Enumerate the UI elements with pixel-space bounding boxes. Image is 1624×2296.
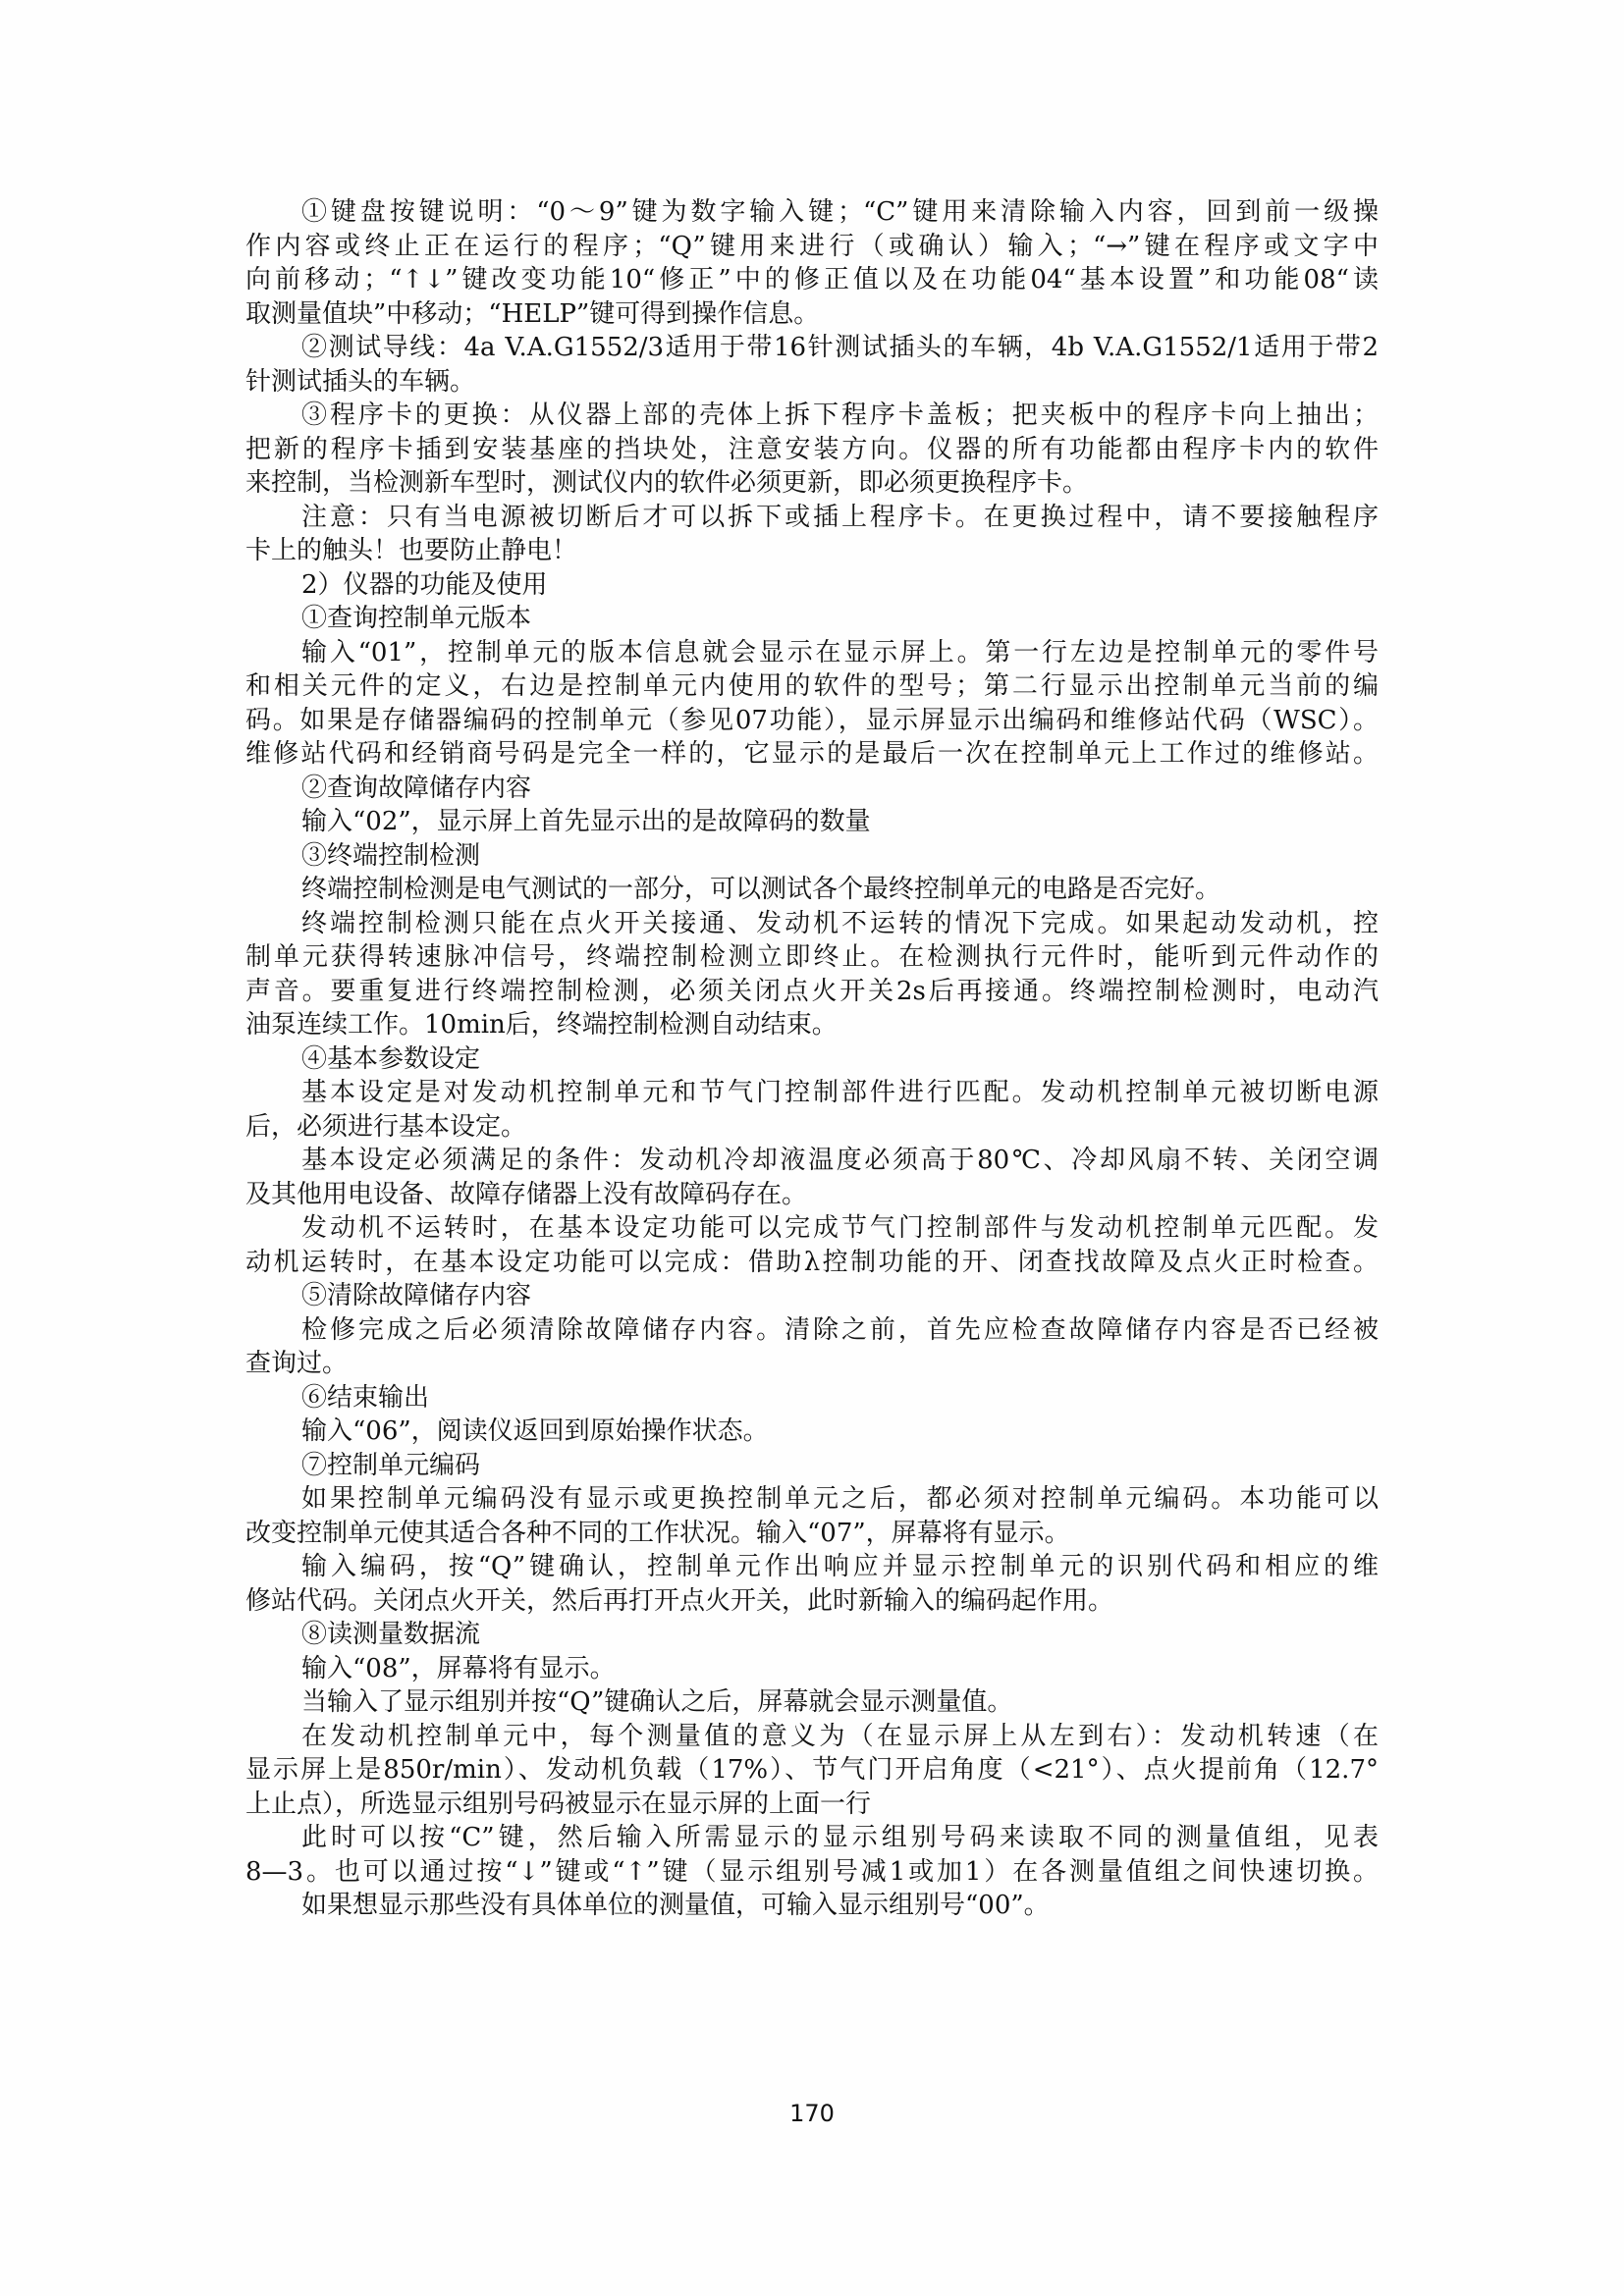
text-line: 来控制，当检测新车型时，测试仪内的软件必须更新，即必须更换程序卡。 <box>245 466 1379 501</box>
text-line: 如果想显示那些没有具体单位的测量值，可输入显示组别号“00”。 <box>245 1889 1379 1923</box>
text-line: 动机运转时，在基本设定功能可以完成：借助λ控制功能的开、闭查找故障及点火正时检查… <box>245 1246 1379 1280</box>
text-line: 改变控制单元使其适合各种不同的工作状况。输入“07”，屏幕将有显示。 <box>245 1517 1379 1551</box>
text-line: 及其他用电设备、故障存储器上没有故障码存在。 <box>245 1178 1379 1212</box>
text-line: 作内容或终止正在运行的程序；“Q”键用来进行（或确认）输入；“→”键在程序或文字… <box>245 230 1379 264</box>
text-line: 输入“08”，屏幕将有显示。 <box>245 1652 1379 1686</box>
text-line: 码。如果是存储器编码的控制单元（参见07功能），显示屏显示出编码和维修站代码（W… <box>245 704 1379 738</box>
text-line: 输入“06”，阅读仪返回到原始操作状态。 <box>245 1415 1379 1449</box>
text-line: ⑦控制单元编码 <box>245 1449 1379 1483</box>
text-line: 输入“02”，显示屏上首先显示出的是故障码的数量 <box>245 805 1379 839</box>
text-line: ③终端控制检测 <box>245 839 1379 874</box>
text-line: 2）仪器的功能及使用 <box>245 568 1379 603</box>
text-line: ④基本参数设定 <box>245 1042 1379 1077</box>
text-line: ③程序卡的更换：从仪器上部的壳体上拆下程序卡盖板；把夹板中的程序卡向上抽出； <box>245 399 1379 433</box>
text-line: 在发动机控制单元中，每个测量值的意义为（在显示屏上从左到右）：发动机转速（在 <box>245 1720 1379 1754</box>
text-line: 制单元获得转速脉冲信号，终端控制检测立即终止。在检测执行元件时，能听到元件动作的 <box>245 940 1379 975</box>
text-line: 终端控制检测只能在点火开关接通、发动机不运转的情况下完成。如果起动发动机，控 <box>245 907 1379 941</box>
text-line: 终端控制检测是电气测试的一部分，可以测试各个最终控制单元的电路是否完好。 <box>245 873 1379 907</box>
text-line: 维修站代码和经销商号码是完全一样的，它显示的是最后一次在控制单元上工作过的维修站… <box>245 737 1379 772</box>
text-line: ②测试导线：4a V.A.G1552/3适用于带16针测试插头的车辆，4b V.… <box>245 331 1379 365</box>
text-line: 上止点），所选显示组别号码被显示在显示屏的上面一行 <box>245 1788 1379 1822</box>
text-line: 取测量值块”中移动；“HELP”键可得到操作信息。 <box>245 297 1379 332</box>
document-page: ①键盘按键说明：“0～9”键为数字输入键；“C”键用来清除输入内容，回到前一级操… <box>0 0 1624 2296</box>
text-line: 输入编码，按“Q”键确认，控制单元作出响应并显示控制单元的识别代码和相应的维 <box>245 1550 1379 1584</box>
text-line: 声音。要重复进行终端控制检测，必须关闭点火开关2s后再接通。终端控制检测时，电动… <box>245 975 1379 1009</box>
text-line: ⑧读测量数据流 <box>245 1618 1379 1652</box>
text-line: 基本设定必须满足的条件：发动机冷却液温度必须高于80℃、冷却风扇不转、关闭空调 <box>245 1144 1379 1178</box>
text-line: 油泵连续工作。10min后，终端控制检测自动结束。 <box>245 1008 1379 1042</box>
text-line: 发动机不运转时，在基本设定功能可以完成节气门控制部件与发动机控制单元匹配。发 <box>245 1211 1379 1246</box>
text-line: 针测试插头的车辆。 <box>245 365 1379 400</box>
text-line: 后，必须进行基本设定。 <box>245 1110 1379 1145</box>
text-line: ⑥结束输出 <box>245 1381 1379 1415</box>
text-line: 修站代码。关闭点火开关，然后再打开点火开关，此时新输入的编码起作用。 <box>245 1584 1379 1619</box>
text-line: 向前移动；“↑↓”键改变功能10“修正”中的修正值以及在功能04“基本设置”和功… <box>245 263 1379 297</box>
text-line: 基本设定是对发动机控制单元和节气门控制部件进行匹配。发动机控制单元被切断电源 <box>245 1076 1379 1110</box>
text-line: 当输入了显示组别并按“Q”键确认之后，屏幕就会显示测量值。 <box>245 1685 1379 1720</box>
text-line: 显示屏上是850r/min）、发动机负载（17%）、节气门开启角度（<21°）、… <box>245 1753 1379 1788</box>
text-line: 输入“01”，控制单元的版本信息就会显示在显示屏上。第一行左边是控制单元的零件号 <box>245 636 1379 670</box>
text-line: 如果控制单元编码没有显示或更换控制单元之后，都必须对控制单元编码。本功能可以 <box>245 1482 1379 1517</box>
text-line: 和相关元件的定义，右边是控制单元内使用的软件的型号；第二行显示出控制单元当前的编 <box>245 669 1379 704</box>
text-line: ①查询控制单元版本 <box>245 602 1379 636</box>
text-line: 注意：只有当电源被切断后才可以拆下或插上程序卡。在更换过程中，请不要接触程序 <box>245 501 1379 535</box>
text-line: 检修完成之后必须清除故障储存内容。清除之前，首先应检查故障储存内容是否已经被 <box>245 1313 1379 1348</box>
text-line: ②查询故障储存内容 <box>245 772 1379 806</box>
text-line: 此时可以按“C”键，然后输入所需显示的显示组别号码来读取不同的测量值组，见表 <box>245 1821 1379 1855</box>
body-text: ①键盘按键说明：“0～9”键为数字输入键；“C”键用来清除输入内容，回到前一级操… <box>245 195 1379 1923</box>
text-line: 把新的程序卡插到安装基座的挡块处，注意安装方向。仪器的所有功能都由程序卡内的软件 <box>245 433 1379 467</box>
text-line: 查询过。 <box>245 1347 1379 1381</box>
text-line: ⑤清除故障储存内容 <box>245 1279 1379 1313</box>
text-line: 8—3。也可以通过按“↓”键或“↑”键（显示组别号减1或加1）在各测量值组之间快… <box>245 1855 1379 1890</box>
text-line: 卡上的触头！也要防止静电！ <box>245 534 1379 568</box>
text-line: ①键盘按键说明：“0～9”键为数字输入键；“C”键用来清除输入内容，回到前一级操 <box>245 195 1379 230</box>
page-number: 170 <box>0 2099 1624 2128</box>
